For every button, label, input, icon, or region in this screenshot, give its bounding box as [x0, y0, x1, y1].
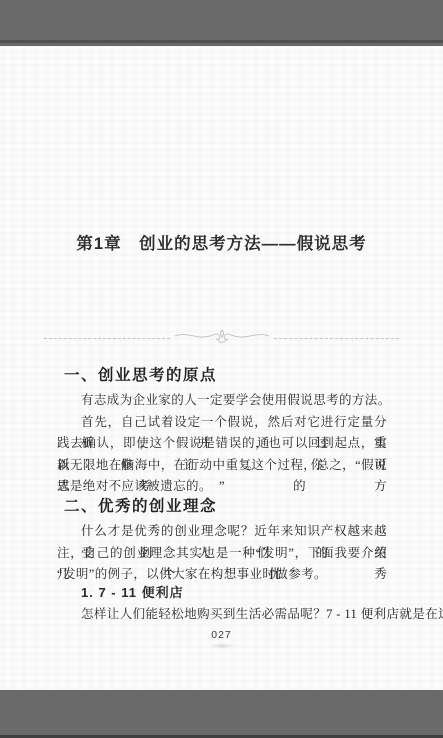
body-line: 怎样让人们能轻松地购买到生活必需品呢？7 - 11 便利店就是在这: [57, 604, 387, 626]
subsection-heading: 1. 7 - 11 便利店: [81, 582, 184, 601]
body-line: 有志成为企业家的人一定要学会使用假说思考的方法。: [57, 390, 387, 412]
body-line: 践去确认，即使这个假说是错误的，也可以回到起点，重新修订。你可: [57, 433, 387, 455]
book-page[interactable]: 第1章 创业的思考方法——假说思考 一、创业思考的原点 有志成为企业家的人一定要…: [0, 46, 443, 690]
chapter-divider: [44, 328, 399, 348]
body-line: 什么才是优秀的创业理念呢？近年来知识产权越来越受到人们的关: [57, 521, 387, 543]
subsection-paragraph: 怎样让人们能轻松地购买到生活必需品呢？7 - 11 便利店就是在这: [57, 604, 387, 626]
divider-rule-right: [274, 338, 400, 339]
page-number: 027: [0, 629, 443, 649]
section-2-paragraphs: 什么才是优秀的创业理念呢？近年来知识产权越来越受到人们的关 注，自己的创业理念其…: [57, 521, 387, 586]
body-line: 首先，自己试着设定一个假说，然后对它进行定量分析，并通过实: [57, 412, 387, 434]
viewer-letterbox-bottom: [0, 690, 443, 738]
chapter-title: 第1章 创业的思考方法——假说思考: [0, 230, 443, 254]
section-heading-2: 二、优秀的创业理念: [64, 494, 217, 516]
section-heading-1: 一、创业思考的原点: [64, 363, 217, 385]
flourish-ornament-icon: [174, 327, 270, 350]
body-line: 注，自己的创业理念其实也是一种“发明”，下面我要介绍几个优秀: [57, 543, 387, 565]
divider-rule-left: [44, 338, 170, 339]
body-line: 以无限地在脑海中，在行动中重复这个过程，总之，“假说思考”的方: [57, 455, 387, 477]
viewer-letterbox-top: [0, 0, 443, 43]
section-1-paragraphs: 有志成为企业家的人一定要学会使用假说思考的方法。 首先，自己试着设定一个假说，然…: [57, 390, 387, 498]
